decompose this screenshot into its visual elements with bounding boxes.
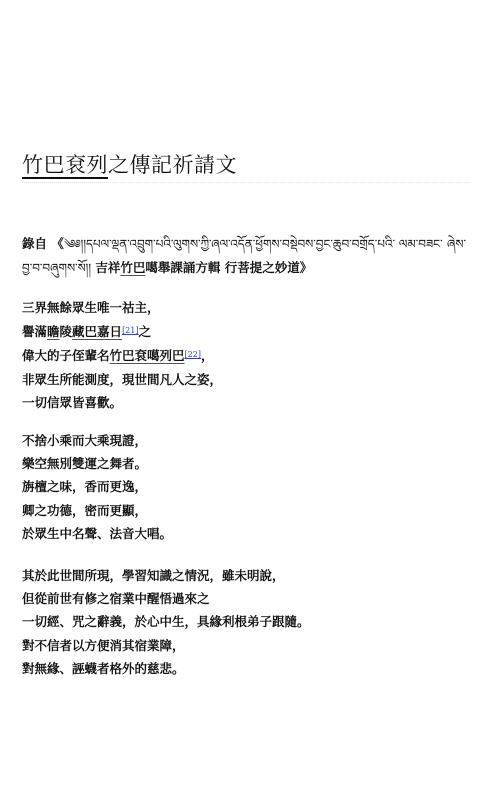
- verse-line: 一切經、咒之辭義，於心中生，具緣利根弟子跟隨。: [22, 610, 471, 633]
- stanza-1: 三界無餘眾生唯一祜主， 譽滿瞻陵藏巴嘉日[21]之 偉大的子侄輩名竹巴袞噶列巴[…: [22, 296, 471, 414]
- link-drukpa-kunga-legpa[interactable]: 竹巴袞噶列巴: [110, 348, 185, 363]
- verse-text: ，: [201, 348, 214, 363]
- chinese-title-part1: 吉祥: [91, 260, 120, 275]
- verse-line: 但從前世有修之宿業中醒悟過來之: [22, 587, 471, 610]
- verse-line: 非眾生所能測度，現世間凡人之姿，: [22, 368, 471, 391]
- footnote-link-21[interactable]: [21]: [122, 326, 138, 335]
- verse-line: 不捨小乘而大乘現證，: [22, 429, 471, 452]
- stanza-3: 其於此世間所現，學習知識之情況，雖未明說， 但從前世有修之宿業中醒悟過來之 一切…: [22, 564, 471, 680]
- link-tsangpa-gyare[interactable]: 藏巴嘉日: [72, 324, 122, 339]
- verse-line: 對無緣、誣蠛者格外的慈悲。: [22, 657, 471, 680]
- verse-line: 旃檀之味，香而更逸，: [22, 475, 471, 498]
- source-citation: 錄自 《༄༅།།དཔལ་ལྡན་འབྲུག་པའི་ལུགས་ཀྱི་ཞལ་འད…: [22, 232, 471, 280]
- verse-line: 於眾生中名聲、法音大唱。: [22, 522, 471, 545]
- tibetan-title-line1: ༄༅།།དཔལ་ལྡན་འབྲུག་པའི་ལུགས་ཀྱི་ཞལ་འདོན་ཕ…: [64, 237, 443, 251]
- verse-line: 樂空無別雙運之舞者。: [22, 452, 471, 475]
- verse-line: 對不信者以方便消其宿業障，: [22, 634, 471, 657]
- verse-line: 一切信眾皆喜歡。: [22, 391, 471, 414]
- link-drukpa[interactable]: 竹巴: [120, 260, 145, 275]
- verse-text: 陵: [60, 324, 73, 339]
- verse-line: 譽滿瞻陵藏巴嘉日[21]之: [22, 319, 471, 343]
- verse-text: 偉大的子侄輩名: [22, 348, 110, 363]
- chinese-title-part2: 噶舉課誦方輯 行菩提之妙道: [145, 260, 299, 275]
- footnote-link-22[interactable]: [22]: [185, 350, 201, 359]
- verse-text: 譽滿: [22, 324, 47, 339]
- title-link-drukpa-kunley[interactable]: 竹巴袞列: [22, 153, 108, 177]
- open-bracket: 《: [51, 236, 64, 251]
- verse-line: 偉大的子侄輩名竹巴袞噶列巴[22]，: [22, 343, 471, 367]
- verse-line: 其於此世間所現，學習知識之情況，雖未明說，: [22, 564, 471, 587]
- verse-text: 之: [138, 324, 151, 339]
- page-title: 竹巴袞列之傳記祈請文: [22, 150, 471, 183]
- verse-line: 三界無餘眾生唯一祜主，: [22, 296, 471, 319]
- verse-line: 卿之功德，密而更顯，: [22, 499, 471, 522]
- close-bracket: 》: [300, 260, 313, 275]
- link-zhan[interactable]: 瞻: [47, 324, 60, 339]
- source-prefix: 錄自: [22, 236, 47, 251]
- stanza-2: 不捨小乘而大乘現證， 樂空無別雙運之舞者。 旃檀之味，香而更逸， 卿之功德，密而…: [22, 429, 471, 545]
- title-text: 之傳記祈請文: [108, 153, 237, 177]
